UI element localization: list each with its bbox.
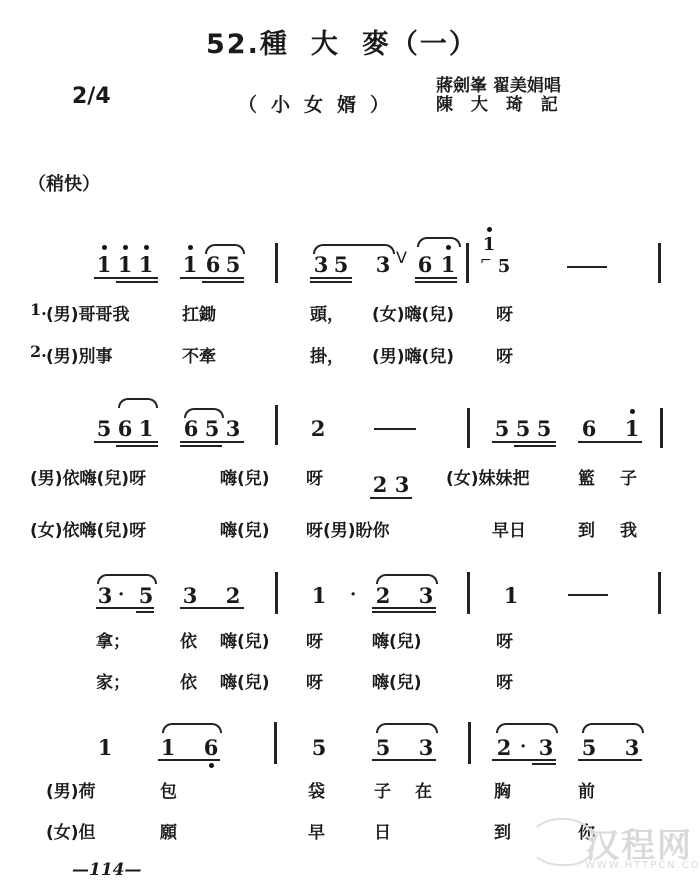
barline: [467, 408, 470, 448]
note: 5: [494, 416, 510, 441]
lyric: 嗨(兒): [372, 627, 422, 652]
underline: [180, 441, 244, 443]
slur: [184, 408, 224, 418]
slur: [417, 237, 461, 247]
lyric: 依: [180, 627, 197, 652]
song-number: 52.: [206, 29, 260, 60]
underline: [578, 759, 642, 761]
slur: [376, 723, 438, 733]
time-signature: 2/4: [72, 84, 111, 109]
note: 6: [117, 416, 133, 441]
note: 2: [375, 583, 391, 608]
slur: [162, 723, 222, 733]
underline: [180, 277, 244, 279]
page-number: —114—: [72, 860, 142, 880]
underline: [415, 277, 457, 279]
lyric: 不牽: [182, 342, 216, 367]
lyric: 呀: [306, 627, 323, 652]
note: 5: [138, 583, 154, 608]
lyric: 呀: [306, 668, 323, 693]
note: 5: [581, 735, 597, 760]
augmentation-dot: ·: [520, 736, 526, 757]
grace-note: 1: [481, 234, 497, 255]
extension-dash: [567, 266, 607, 268]
barline: [468, 722, 471, 764]
note: 1: [160, 735, 176, 760]
lyric: 到: [494, 818, 511, 843]
underline: [578, 441, 642, 443]
underline: [116, 281, 158, 283]
lyric: (女)妹妹把: [446, 464, 530, 489]
note: 5: [496, 256, 512, 277]
lyric: 包: [160, 777, 177, 802]
lyric: 呀(男)盼你: [306, 516, 390, 541]
underline: [180, 445, 222, 447]
underline: [372, 759, 436, 761]
underline: [492, 441, 556, 443]
note: 3: [418, 583, 434, 608]
note: 1: [624, 416, 640, 441]
lyric: 早日: [492, 516, 526, 541]
lyric: 呀: [496, 342, 513, 367]
underline: [415, 281, 457, 283]
note: 6: [203, 735, 219, 760]
extension-dash: [568, 594, 608, 596]
lyric: 呀: [306, 464, 323, 489]
barline: [658, 243, 661, 283]
note: 5: [333, 252, 349, 277]
lyric: 嗨(兒): [372, 668, 422, 693]
lyric: (女)嗨(兒): [372, 300, 454, 325]
augmentation-dot: ·: [350, 584, 356, 605]
slur: [376, 574, 438, 584]
verse-number: 2.: [30, 342, 47, 361]
barline: [466, 243, 469, 283]
lyric: 願: [160, 818, 177, 843]
note: 1: [117, 252, 133, 277]
song-title: 52.種大麥（一）: [206, 22, 478, 61]
lyric: 早: [308, 818, 325, 843]
lyric: (女)但: [46, 818, 96, 843]
slur: [313, 244, 395, 254]
underline: [514, 445, 556, 447]
slur: [582, 723, 644, 733]
note: 3: [313, 252, 329, 277]
note: 5: [225, 252, 241, 277]
tempo-marking: （稍快）: [28, 170, 100, 196]
lyric: 依: [180, 668, 197, 693]
recorder-credit: 陳 大 琦 記: [436, 96, 564, 115]
note: 3: [624, 735, 640, 760]
lyric: 嗨(兒): [220, 464, 270, 489]
subtitle: （小女婿）: [238, 90, 403, 117]
lyric: 胸: [494, 777, 511, 802]
lyric: 籃: [578, 464, 595, 489]
credits: 蔣劍峯 翟美娟唱 陳 大 琦 記: [436, 77, 564, 115]
lyric: 掛，: [310, 342, 344, 367]
grace-mark: ⌐: [480, 253, 492, 269]
underline: [532, 763, 556, 765]
note: 5: [536, 416, 552, 441]
lyric: 子: [620, 464, 637, 489]
lyric: 嗨(兒): [220, 627, 270, 652]
note: 5: [515, 416, 531, 441]
note: 6: [183, 416, 199, 441]
alt-note: 2: [372, 472, 388, 497]
extension-dash: [374, 428, 416, 430]
note: 3: [97, 583, 113, 608]
note: 2: [225, 583, 241, 608]
lyric: 拿；: [96, 627, 130, 652]
lyric: (男)依嗨(兒)呀: [30, 464, 146, 489]
underline: [94, 277, 158, 279]
note: 3: [375, 252, 391, 277]
note: 1: [503, 583, 519, 608]
note: 6: [581, 416, 597, 441]
note: 1: [96, 252, 112, 277]
lyric: 我: [620, 516, 637, 541]
lyric: 呀: [496, 627, 513, 652]
note: 3: [418, 735, 434, 760]
note: 1: [97, 735, 113, 760]
barline: [658, 572, 661, 614]
singers-credit: 蔣劍峯 翟美娟唱: [436, 77, 564, 96]
barline: [274, 722, 277, 764]
note: 5: [375, 735, 391, 760]
lyric: 到: [578, 516, 595, 541]
underline: [370, 497, 412, 499]
watermark-url: WWW.HTTPCN.COM: [585, 860, 700, 871]
note: 5: [96, 416, 112, 441]
lyric: 嗨(兒): [220, 668, 270, 693]
underline: [492, 759, 556, 761]
note: 1: [311, 583, 327, 608]
note: 3: [225, 416, 241, 441]
underline: [372, 607, 436, 609]
verse-number: 1.: [30, 300, 47, 319]
barline: [467, 572, 470, 614]
lyric: 前: [578, 777, 595, 802]
underline: [158, 759, 220, 761]
note: 5: [311, 735, 327, 760]
slur: [118, 398, 158, 408]
note: 6: [205, 252, 221, 277]
underline: [136, 611, 154, 613]
underline: [96, 607, 154, 609]
underline: [372, 611, 436, 613]
barline: [275, 572, 278, 614]
note: 2: [496, 735, 512, 760]
lyric: 扛鋤: [182, 300, 216, 325]
note: 1: [182, 252, 198, 277]
lyric: 嗨(兒): [220, 516, 270, 541]
lyric: (男)別事: [46, 342, 113, 367]
note: 1: [440, 252, 456, 277]
lyric: (男)哥哥我: [46, 300, 130, 325]
lyric: 呀: [496, 668, 513, 693]
breath-mark: V: [396, 248, 407, 267]
barline: [660, 408, 663, 448]
lyric: 呀: [496, 300, 513, 325]
augmentation-dot: ·: [118, 584, 124, 605]
lyric: 頭，: [310, 300, 344, 325]
lyric: (女)依嗨(兒)呀: [30, 516, 146, 541]
note: 1: [138, 252, 154, 277]
lyric: 子: [374, 777, 391, 802]
underline: [180, 607, 244, 609]
underline: [116, 445, 158, 447]
underline: [310, 277, 352, 279]
underline: [202, 281, 244, 283]
alt-note: 3: [394, 472, 410, 497]
lyric: (男)荷: [46, 777, 96, 802]
slur: [205, 244, 245, 254]
barline: [275, 243, 278, 283]
note: 3: [538, 735, 554, 760]
underline: [94, 441, 158, 443]
note: 3: [182, 583, 198, 608]
lyric: 在: [415, 777, 432, 802]
underline: [310, 281, 352, 283]
lyric: (男)嗨(兒): [372, 342, 454, 367]
note: 2: [310, 416, 326, 441]
slur: [496, 723, 558, 733]
note: 1: [138, 416, 154, 441]
note: 6: [417, 252, 433, 277]
song-part: （一）: [391, 29, 478, 60]
note: 5: [204, 416, 220, 441]
slur: [97, 574, 157, 584]
barline: [275, 405, 278, 445]
lyric: 日: [374, 818, 391, 843]
lyric: 袋: [308, 777, 325, 802]
lyric: 家；: [96, 668, 130, 693]
